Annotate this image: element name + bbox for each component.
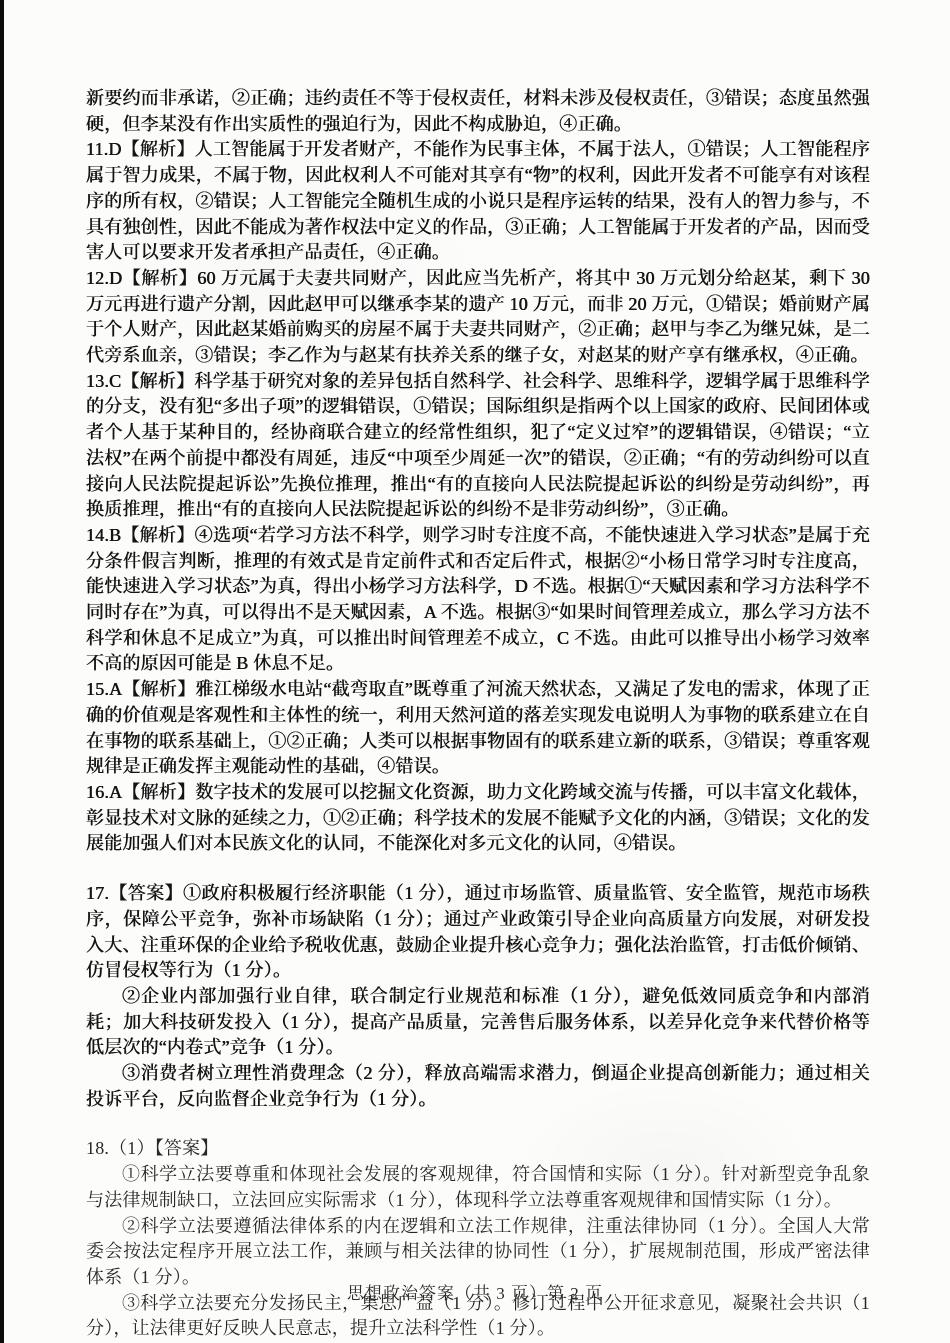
answer-13-explanation: 13.C【解析】科学基于研究对象的差异包括自然科学、社会科学、思维科学，逻辑学属…: [86, 369, 870, 523]
section-gap: [86, 1112, 870, 1136]
answer-14-explanation: 14.B【解析】④选项“若学习方法不科学，则学习时专注度不高，不能快速进入学习状…: [86, 523, 870, 677]
answer-15-explanation: 15.A【解析】雅江梯级水电站“截弯取直”既尊重了河流天然状态，又满足了发电的需…: [86, 677, 870, 780]
answer-11-explanation: 11.D【解析】人工智能属于开发者财产，不能作为民事主体，不属于法人，①错误；人…: [86, 137, 870, 266]
answer-18-point-1: ①科学立法要尊重和体现社会发展的客观规律，符合国情和实际（1 分）。针对新型竞争…: [86, 1162, 870, 1213]
answer-10-continuation: 新要约而非承诺，②正确；违约责任不等于侵权责任，材料未涉及侵权责任，③错误；态度…: [86, 86, 870, 137]
answer-17-point-1: 17.【答案】①政府积极履行经济职能（1 分），通过市场监管、质量监管、安全监管…: [86, 881, 870, 984]
answer-17-point-3: ③消费者树立理性消费理念（2 分），释放高端需求潜力，倒逼企业提高创新能力；通过…: [86, 1061, 870, 1112]
answer-key-content: 新要约而非承诺，②正确；违约责任不等于侵权责任，材料未涉及侵权责任，③错误；态度…: [86, 86, 870, 1342]
answer-18-heading: 18.（1）【答案】: [86, 1136, 870, 1162]
answer-12-explanation: 12.D【解析】60 万元属于夫妻共同财产，因此应当先析产，将其中 30 万元划…: [86, 266, 870, 369]
answer-17-point-2: ②企业内部加强行业自律，联合制定行业规范和标准（1 分），避免低效同质竞争和内部…: [86, 984, 870, 1061]
scan-edge-artifact: [0, 0, 4, 1343]
section-gap: [86, 857, 870, 881]
answer-16-explanation: 16.A【解析】数字技术的发展可以挖掘文化资源，助力文化跨域交流与传播，可以丰富…: [86, 780, 870, 857]
page-footer: 思想政治答案（共 3 页）第 2 页: [0, 1279, 950, 1304]
scanned-document-page: 新要约而非承诺，②正确；违约责任不等于侵权责任，材料未涉及侵权责任，③错误；态度…: [0, 0, 950, 1343]
